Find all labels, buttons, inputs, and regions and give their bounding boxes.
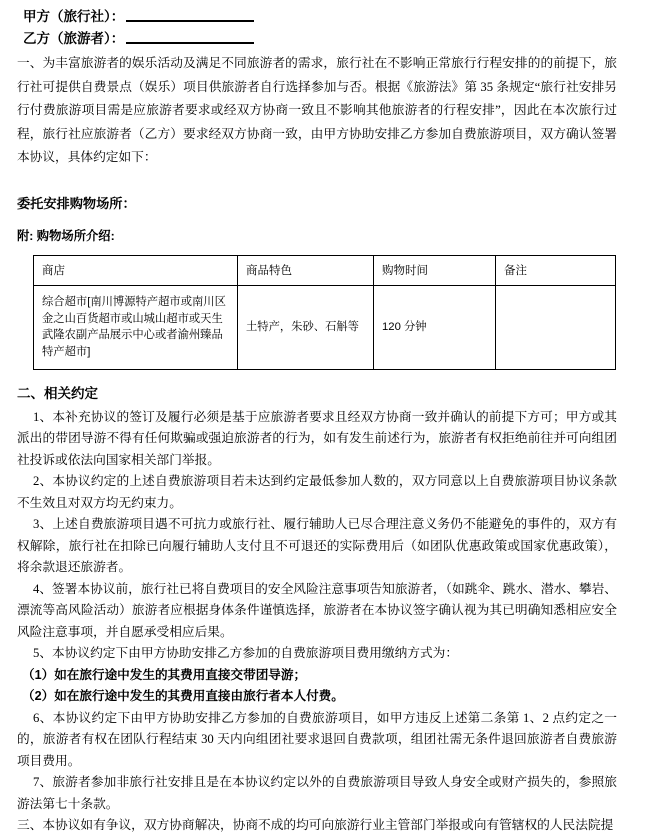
shopping-arrangement-heading: 委托安排购物场所： [17, 196, 617, 212]
party-b-blank-field[interactable] [126, 31, 254, 44]
party-a-label: 甲方（旅行社）： [23, 9, 124, 24]
clause-4: 4、签署本协议前，旅行社已将自费项目的安全风险注意事项告知旅游者，（如跳伞、跳水… [17, 579, 617, 644]
agreement-document-page: 甲方（旅行社）： 乙方（旅游者）： 一、为丰富旅游者的娱乐活动及满足不同旅游者的… [0, 0, 646, 835]
column-header-shop: 商店 [34, 255, 238, 285]
payment-option-2: （2）如在旅行途中发生的其费用直接由旅行者本人付费。 [17, 686, 617, 708]
cell-shop-name: 综合超市[南川博源特产超市或南川区金之山百货超市或山城山超市或天生武隆农副产品展… [34, 285, 238, 369]
table-header-row: 商店 商品特色 购物时间 备注 [34, 255, 616, 285]
section2-heading: 二、相关约定 [17, 385, 617, 403]
column-header-duration: 购物时间 [374, 255, 496, 285]
payment-option-1: （1）如在旅行途中发生的其费用直接交带团导游； [17, 665, 617, 687]
party-b-label: 乙方（旅游者）： [23, 31, 124, 46]
clause-3: 3、上述自费旅游项目遇不可抗力或旅行社、履行辅助人已尽合理注意义务仍不能避免的事… [17, 514, 617, 579]
shopping-intro-subheading: 附: 购物场所介绍: [17, 228, 617, 244]
intro-paragraph: 一、为丰富旅游者的娱乐活动及满足不同旅游者的需求，旅行社在不影响正常旅行行程安排… [17, 52, 617, 170]
table-row: 综合超市[南川博源特产超市或南川区金之山百货超市或山城山超市或天生武隆农副产品展… [34, 285, 616, 369]
clause-6: 6、本协议约定下由甲方协助安排乙方参加的自费旅游项目，如甲方违反上述第二条第 1… [17, 708, 617, 773]
section3-paragraph: 三、本协议如有争议，双方协商解决，协商不成的均可向旅游行业主管部门举报或向有管辖… [17, 815, 617, 835]
party-b-line: 乙方（旅游者）： [17, 28, 617, 50]
cell-shopping-duration: 120 分钟 [374, 285, 496, 369]
clause-5: 5、本协议约定下由甲方协助安排乙方参加的自费旅游项目费用缴纳方式为： [17, 643, 617, 665]
cell-product-features: 土特产，朱砂、石斛等 [238, 285, 374, 369]
party-a-line: 甲方（旅行社）： [17, 6, 617, 28]
party-a-blank-field[interactable] [126, 9, 254, 22]
cell-remarks [496, 285, 616, 369]
clause-1: 1、本补充协议的签订及履行必须是基于应旅游者要求且经双方协商一致并确认的前提下方… [17, 407, 617, 472]
column-header-features: 商品特色 [238, 255, 374, 285]
clause-2: 2、本协议约定的上述自费旅游项目若未达到约定最低参加人数的，双方同意以上自费旅游… [17, 471, 617, 514]
column-header-remarks: 备注 [496, 255, 616, 285]
clause-7: 7、旅游者参加非旅行社安排且是在本协议约定以外的自费旅游项目导致人身安全或财产损… [17, 772, 617, 815]
shopping-places-table: 商店 商品特色 购物时间 备注 综合超市[南川博源特产超市或南川区金之山百货超市… [33, 255, 616, 370]
